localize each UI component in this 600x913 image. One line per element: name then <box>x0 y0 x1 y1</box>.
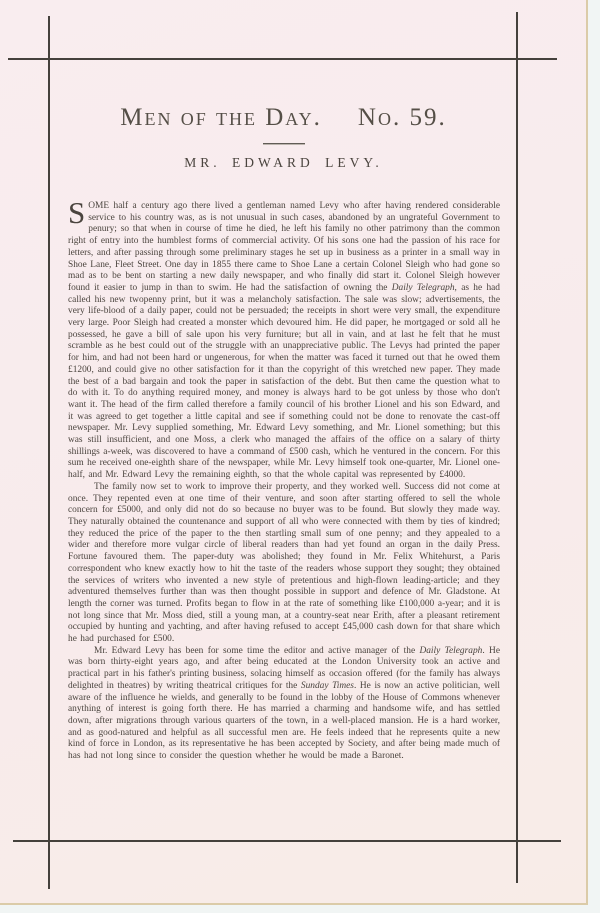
paragraph-text: . He is now an active politician, well a… <box>68 681 500 761</box>
series-title-line: Men of the Day.No. 59. <box>67 104 500 132</box>
scan-background: Men of the Day.No. 59. MR. EDWARD LEVY. … <box>0 0 600 913</box>
italic-phrase: Sunday Times <box>301 681 354 691</box>
paragraph-text: The family now set to work to improve th… <box>68 482 500 644</box>
paragraph: Mr. Edward Levy has been for some time t… <box>68 646 500 763</box>
article-body: SOME half a century ago there lived a ge… <box>68 201 500 763</box>
border-line-right <box>516 12 518 883</box>
series-title: Men of the Day. <box>120 104 322 131</box>
paragraph: The family now set to work to improve th… <box>68 482 500 646</box>
paragraph-text: Mr. Edward Levy has been for some time t… <box>94 646 419 656</box>
paragraph-text: OME half a century ago there lived a gen… <box>68 201 500 293</box>
subject-title: MR. EDWARD LEVY. <box>67 155 500 171</box>
paragraph-text: , as he had called his new twopenny prin… <box>68 283 500 480</box>
italic-phrase: Daily Telegraph <box>392 283 455 293</box>
page-header: Men of the Day.No. 59. MR. EDWARD LEVY. <box>67 104 500 171</box>
italic-phrase: Daily Telegraph <box>419 646 482 656</box>
series-number: No. 59. <box>358 104 447 132</box>
paragraph: SOME half a century ago there lived a ge… <box>68 201 500 482</box>
title-rule <box>263 143 305 145</box>
border-line-top <box>8 58 557 60</box>
border-line-left <box>48 16 50 889</box>
border-line-bottom <box>13 840 561 842</box>
drop-cap: S <box>68 201 88 225</box>
document-page: Men of the Day.No. 59. MR. EDWARD LEVY. … <box>0 0 588 905</box>
